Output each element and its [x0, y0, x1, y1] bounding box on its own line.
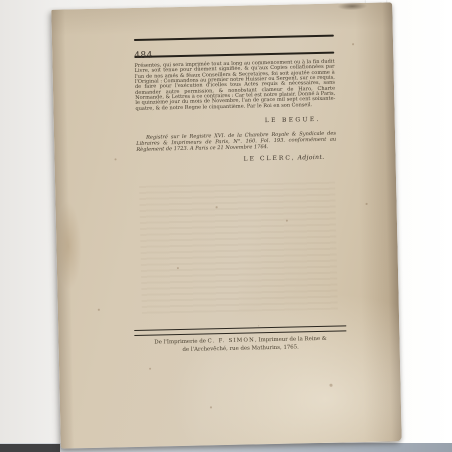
- signature-le-clerc: LE CLERC, Adjoint.: [137, 154, 337, 165]
- foxing-spot: [366, 203, 368, 205]
- edge-stain: [54, 201, 82, 290]
- ghost-showthrough: [139, 182, 338, 314]
- shadow-corner: [0, 444, 60, 452]
- foxing-spot: [115, 158, 117, 160]
- imprint: De l'Imprimerie de C. F. SIMON, Imprimeu…: [134, 335, 346, 355]
- imprint-printer-name: C. F. SIMON: [208, 337, 255, 344]
- foxing-spot: [329, 384, 332, 387]
- signature-le-begue: LE BEGUE.: [136, 116, 336, 127]
- signature-le-clerc-title: Adjoint.: [298, 154, 325, 162]
- imprint-block: De l'Imprimerie de C. F. SIMON, Imprimeu…: [134, 325, 346, 355]
- top-edge-smudge: [337, 2, 367, 11]
- foxing-spot: [286, 220, 288, 222]
- foxing-spot: [216, 206, 218, 208]
- imprint-rule: [134, 325, 346, 336]
- foxing-spot: [258, 325, 259, 326]
- foxing-spot: [210, 406, 212, 408]
- body-paragraph: Présentes, qui sera imprimée tout au lon…: [134, 60, 335, 112]
- signature-le-clerc-name: LE CLERC,: [244, 155, 296, 163]
- foxing-spot: [98, 309, 100, 311]
- book-page: 484 Présentes, qui sera imprimée tout au…: [51, 2, 401, 448]
- foxing-spot: [149, 368, 151, 370]
- printed-text-block: 484 Présentes, qui sera imprimée tout au…: [134, 35, 337, 166]
- photo-backdrop: 484 Présentes, qui sera imprimée tout au…: [0, 0, 452, 452]
- registration-note: Registré sur le Registre XVI. de la Cham…: [136, 131, 336, 154]
- foxing-spot: [352, 43, 354, 45]
- imprint-line1-suffix: , Imprimeur de la Reine &: [255, 336, 327, 344]
- foxing-spot: [177, 267, 179, 269]
- page-number: 484: [134, 51, 153, 61]
- imprint-line1-prefix: De l'Imprimerie de: [154, 338, 207, 345]
